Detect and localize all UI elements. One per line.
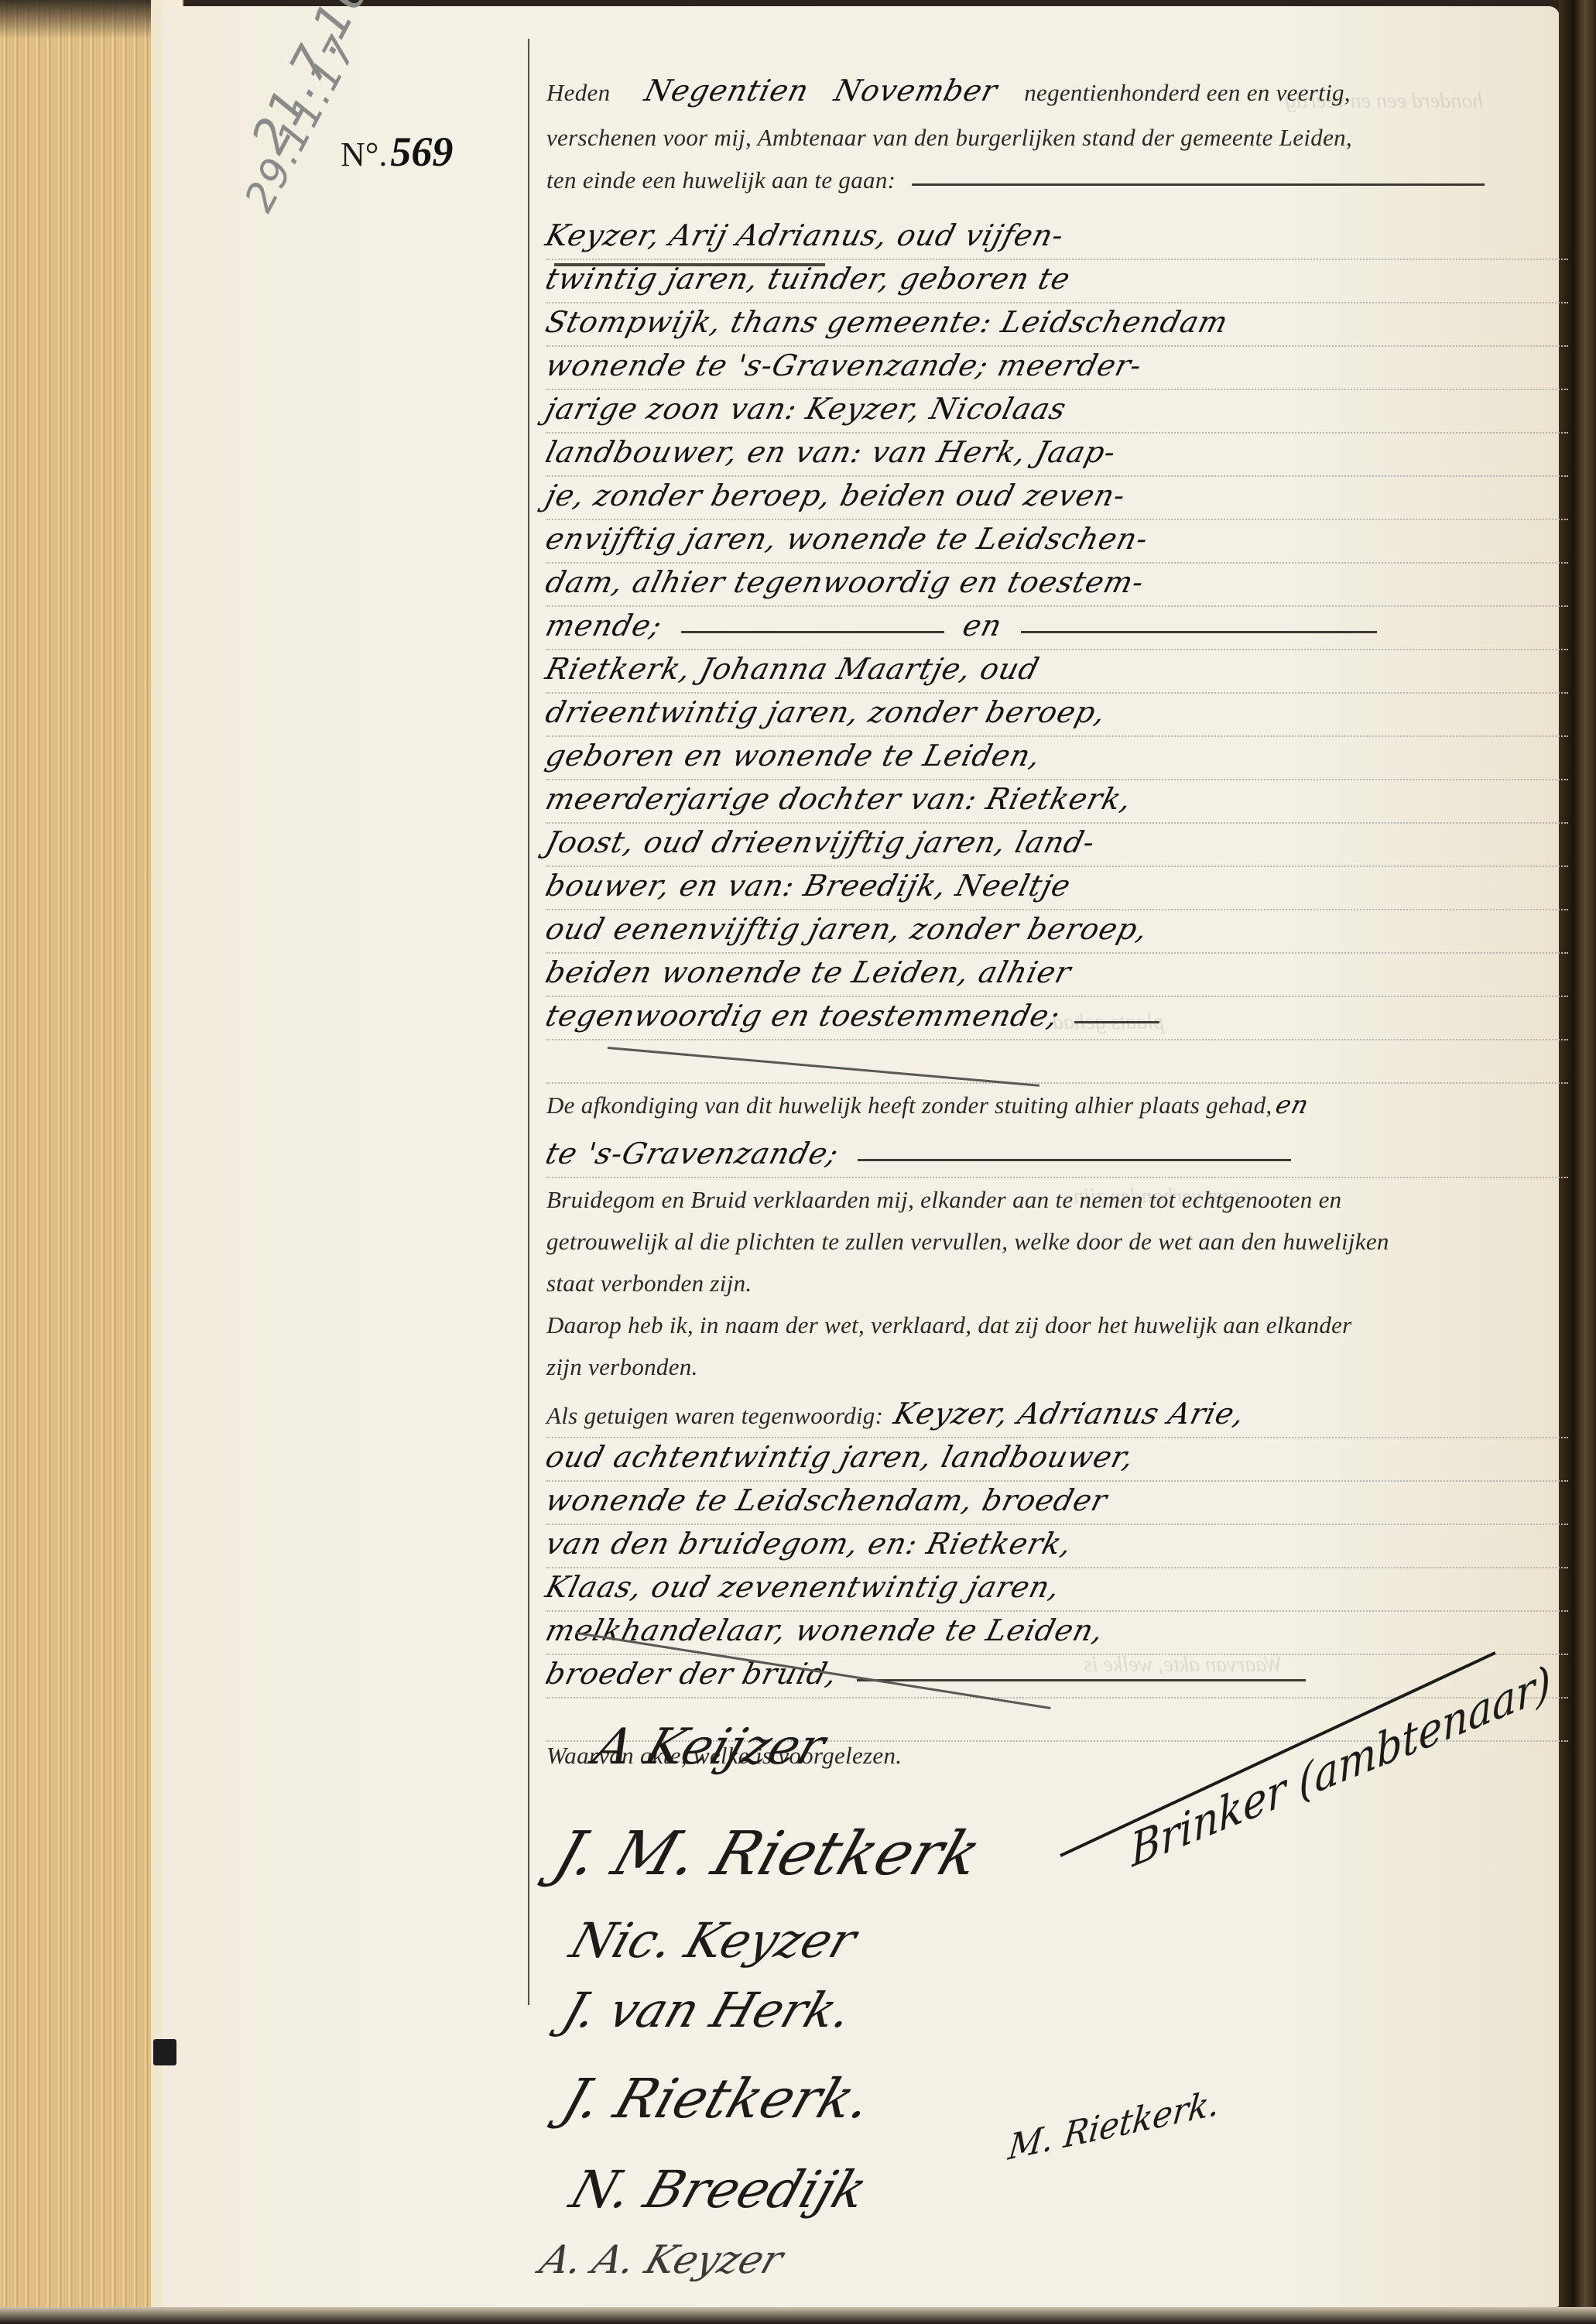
groom-line: wonende te 's-Gravenzande; meerder- [546, 348, 1568, 390]
bride-line: geboren en wonende te Leiden, [546, 739, 1568, 780]
month-handwritten: November [831, 74, 1002, 108]
bride-line: beiden wonende te Leiden, alhier [546, 955, 1568, 997]
groom-line: dam, alhier tegenwoordig en toestem- [546, 565, 1568, 607]
signature: N. Breedijk [563, 2160, 875, 2219]
proclamation-suffix: en [1272, 1090, 1312, 1119]
signature: A Keijzer [587, 1719, 832, 1776]
proclamation-handwritten-line: te 's-Gravenzande; [546, 1136, 1568, 1178]
groom-line: jarige zoon van: Keyzer, Nicolaas [546, 392, 1568, 434]
appearance-text: verschenen voor mij, Ambtenaar van den b… [546, 124, 1352, 151]
groom-line: twintig jaren, tuinder, geboren te [546, 262, 1568, 303]
blank-line [546, 1042, 1568, 1084]
signature: J. Rietkerk. [555, 2067, 880, 2130]
year-printed: negentienhonderd een en veertig, [1024, 79, 1351, 106]
book-page-edges [0, 0, 166, 2324]
bride-line: Rietkerk, Johanna Maartje, oud [546, 652, 1568, 694]
bride-line: meerderjarige dochter van: Rietkerk, [546, 782, 1568, 824]
act-number-prefix: N°. [341, 135, 387, 173]
pronouncement-line: zijn verbonden. [546, 1353, 1568, 1393]
groom-surname-underline [554, 263, 825, 266]
header-line-3: ten einde een huwelijk aan te gaan: [546, 166, 1568, 207]
witnesses-line: oud achtentwintig jaren, landbouwer, [546, 1440, 1568, 1482]
bride-line: bouwer, en van: Breedijk, Neeltje [546, 869, 1568, 910]
declaration-line: Bruidegom en Bruid verklaarden mij, elka… [546, 1186, 1568, 1226]
connector-en: en [959, 608, 1005, 643]
header-line-2: verschenen voor mij, Ambtenaar van den b… [546, 124, 1568, 164]
witnesses-line: van den bruidegom, en: Rietkerk, [546, 1527, 1568, 1568]
header-line-1: Heden Negentien November negentienhonder… [546, 74, 1568, 114]
margin-rule [528, 39, 529, 2005]
witnesses-line: Klaas, oud zevenentwintig jaren, [546, 1570, 1568, 1612]
signature: J. van Herk. [556, 1982, 859, 2038]
bride-line: drieentwintig jaren, zonder beroep, [546, 695, 1568, 737]
act-number: N°.569 [341, 128, 453, 176]
witnesses-line: melkhandelaar, wonende te Leiden, [546, 1613, 1568, 1655]
bride-line-last: tegenwoordig en toestemmende; [546, 999, 1568, 1040]
act-number-value: 569 [390, 129, 453, 175]
signature: Nic. Keyzer [563, 1912, 863, 1969]
groom-line: Keyzer, Arij Adrianus, oud vijfen- [546, 218, 1568, 260]
witnesses-label: Als getuigen waren tegenwoordig: [546, 1402, 883, 1429]
signature: A. A. Keyzer [535, 2237, 789, 2282]
purpose-text: ten einde een huwelijk aan te gaan: [546, 166, 896, 194]
bride-line: oud eenenvijftig jaren, zonder beroep, [546, 912, 1568, 954]
groom-line-last: mende; en [546, 608, 1568, 650]
witnesses-line: Als getuigen waren tegenwoordig: Keyzer,… [546, 1397, 1568, 1438]
declaration-line: staat verbonden zijn. [546, 1270, 1568, 1310]
proclamation-text: De afkondiging van dit huwelijk heeft zo… [546, 1092, 1272, 1119]
page-tab-marker [153, 2039, 176, 2065]
groom-line: landbouwer, en van: van Herk, Jaap- [546, 435, 1568, 477]
proclamation-line: De afkondiging van dit huwelijk heeft zo… [546, 1090, 1568, 1130]
witnesses-line-last: broeder der bruid, [546, 1657, 1568, 1698]
groom-line: je, zonder beroep, beiden oud zeven- [546, 478, 1568, 520]
day-handwritten: Negentien [641, 74, 812, 108]
heden-label: Heden [546, 79, 610, 106]
groom-line: Stompwijk, thans gemeente: Leidschendam [546, 305, 1568, 347]
bride-line: Joost, oud drieenvijftig jaren, land- [546, 825, 1568, 867]
pronouncement-line: Daarop heb ik, in naam der wet, verklaar… [546, 1311, 1568, 1352]
fill-rule [912, 183, 1485, 186]
declaration-line: getrouwelijk al die plichten te zullen v… [546, 1228, 1568, 1268]
witnesses-line: wonende te Leidschendam, broeder [546, 1483, 1568, 1525]
book-bottom-edge [0, 2307, 1596, 2324]
groom-line: envijftig jaren, wonende te Leidschen- [546, 522, 1568, 564]
signature: J. M. Rietkerk [546, 1819, 989, 1889]
